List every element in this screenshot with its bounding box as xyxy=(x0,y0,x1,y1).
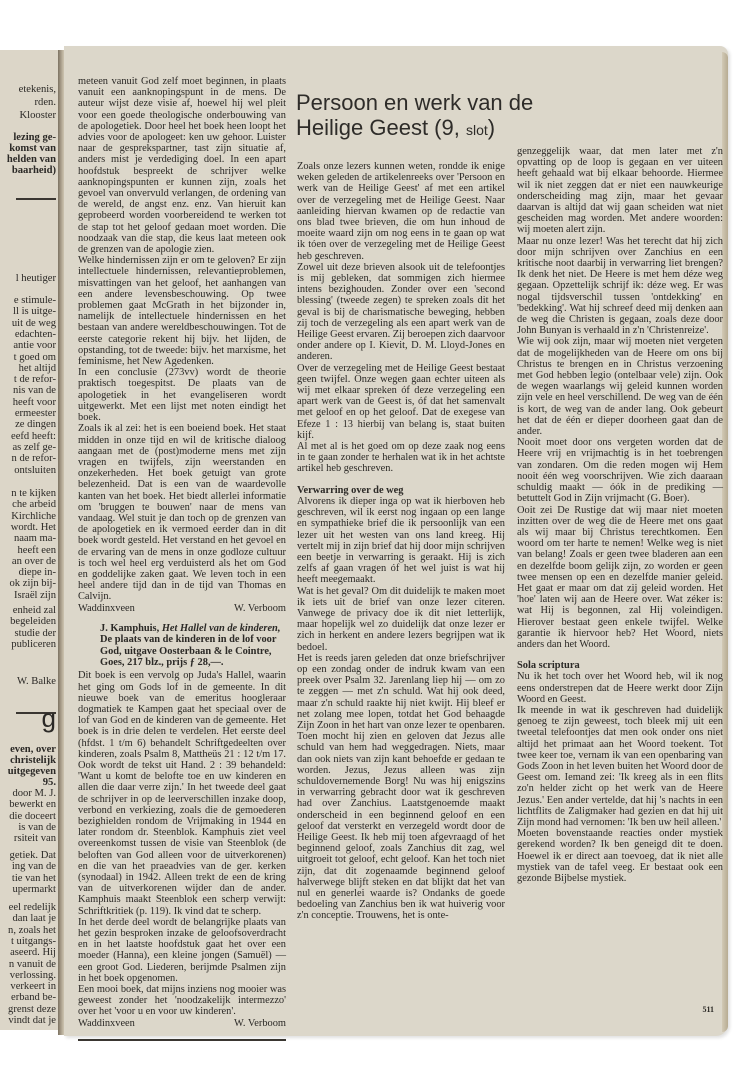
article-paragraph: Over de verzegeling met de Heilige Geest… xyxy=(297,363,505,441)
right-page: meteen vanuit God zelf moet beginnen, in… xyxy=(64,46,728,1036)
article-paragraph: Zoals onze lezers kunnen weten, rondde i… xyxy=(297,161,505,262)
left-page-line: Israël zijn xyxy=(14,590,56,603)
section-rule xyxy=(78,1039,286,1041)
article-paragraph: Alvorens ik dieper inga op wat ik hierbo… xyxy=(297,496,505,586)
signature: Waddinxveen W. Verboom xyxy=(78,603,286,614)
left-page-line: W. Balke xyxy=(17,676,56,689)
review-details: De plaats van de kinderen in de lof voor… xyxy=(100,634,276,668)
signature-place: Waddinxveen xyxy=(78,1018,135,1029)
left-page-line: rden. xyxy=(35,97,56,110)
article-paragraph: Het is reeds jaren geleden dat onze brie… xyxy=(297,653,505,922)
title-line-1: Persoon en werk van de xyxy=(296,90,636,115)
review-paragraph: In het derde deel wordt de belangrijke p… xyxy=(78,917,286,984)
subheading: Verwarring over de weg xyxy=(297,485,505,496)
left-page-line: l heutiger xyxy=(16,273,56,286)
article-paragraph: Nu ik het toch over het Woord heb, wil i… xyxy=(517,671,723,705)
left-page-line: upermarkt xyxy=(12,884,56,897)
review-paragraph: Welke hindernissen zijn er om te geloven… xyxy=(78,255,286,367)
signature-name: W. Verboom xyxy=(234,603,286,614)
subheading: Sola scriptura xyxy=(517,660,723,671)
review-paragraph: Een mooi boek, dat mijns inziens nog moo… xyxy=(78,984,286,1018)
left-page-line: vindt dat je xyxy=(8,1015,56,1028)
left-page-line: etekenis, xyxy=(19,84,56,97)
book-review-heading: J. Kamphuis, Het Hallel van de kinderen,… xyxy=(100,623,286,669)
article-column-3: genzeggelijk waar, dat men later met z'n… xyxy=(517,146,723,884)
article-title: Persoon en werk van de Heilige Geest (9,… xyxy=(296,90,636,143)
article-paragraph: genzeggelijk waar, dat men later met z'n… xyxy=(517,146,723,236)
left-page-line: Klooster xyxy=(20,110,56,123)
article-paragraph: Ik meende in wat ik geschreven had duide… xyxy=(517,705,723,828)
signature-name: W. Verboom xyxy=(234,1018,286,1029)
article-paragraph: Zowel uit deze brieven alsook uit de tel… xyxy=(297,262,505,363)
title-slot: slot xyxy=(466,122,488,138)
review-paragraph: meteen vanuit God zelf moet beginnen, in… xyxy=(78,76,286,255)
article-paragraph: Wie wij ook zijn, maar wij moeten niet v… xyxy=(517,336,723,437)
review-title: Het Hallel van de kinderen, xyxy=(162,623,281,634)
page-number: 511 xyxy=(702,1005,714,1014)
left-page-line: rsiteit van xyxy=(14,833,56,846)
review-paragraph: Dit boek is een vervolg op Juda's Hallel… xyxy=(78,670,286,916)
review-paragraph: Zoals ik al zei: het is een boeiend boek… xyxy=(78,423,286,602)
article-paragraph: Moeten bovenstaande reacties onder mysti… xyxy=(517,828,723,884)
left-page-fragment: etekenis,rden.Kloosterlezing ge-komst va… xyxy=(0,50,60,1030)
article-paragraph: Wat is het geval? Om dit duidelijk te ma… xyxy=(297,586,505,653)
article-paragraph: Nooit moet door ons vergeten worden dat … xyxy=(517,437,723,504)
article-paragraph: Ooit zei De Rustige dat wij maar niet mo… xyxy=(517,505,723,651)
article-paragraph: Al met al is het goed om op deze zaak no… xyxy=(297,441,505,475)
article-paragraph: Maar nu onze lezer! Was het terecht dat … xyxy=(517,236,723,337)
review-column: meteen vanuit God zelf moet beginnen, in… xyxy=(78,76,286,1041)
left-page-line: ontsluiten xyxy=(14,465,56,478)
title-line-2: Heilige Geest (9, slot) xyxy=(296,115,636,143)
signature-place: Waddinxveen xyxy=(78,603,135,614)
left-page-line: publiceren xyxy=(11,639,56,652)
left-rule xyxy=(16,198,56,200)
left-page-line: baarheid) xyxy=(12,165,56,178)
review-author: J. Kamphuis, xyxy=(100,623,159,634)
left-page-line: g xyxy=(42,712,56,725)
review-paragraph: In een conclusie (273vv) wordt de theori… xyxy=(78,367,286,423)
article-column-2: Zoals onze lezers kunnen weten, rondde i… xyxy=(297,161,505,922)
signature: Waddinxveen W. Verboom xyxy=(78,1018,286,1029)
